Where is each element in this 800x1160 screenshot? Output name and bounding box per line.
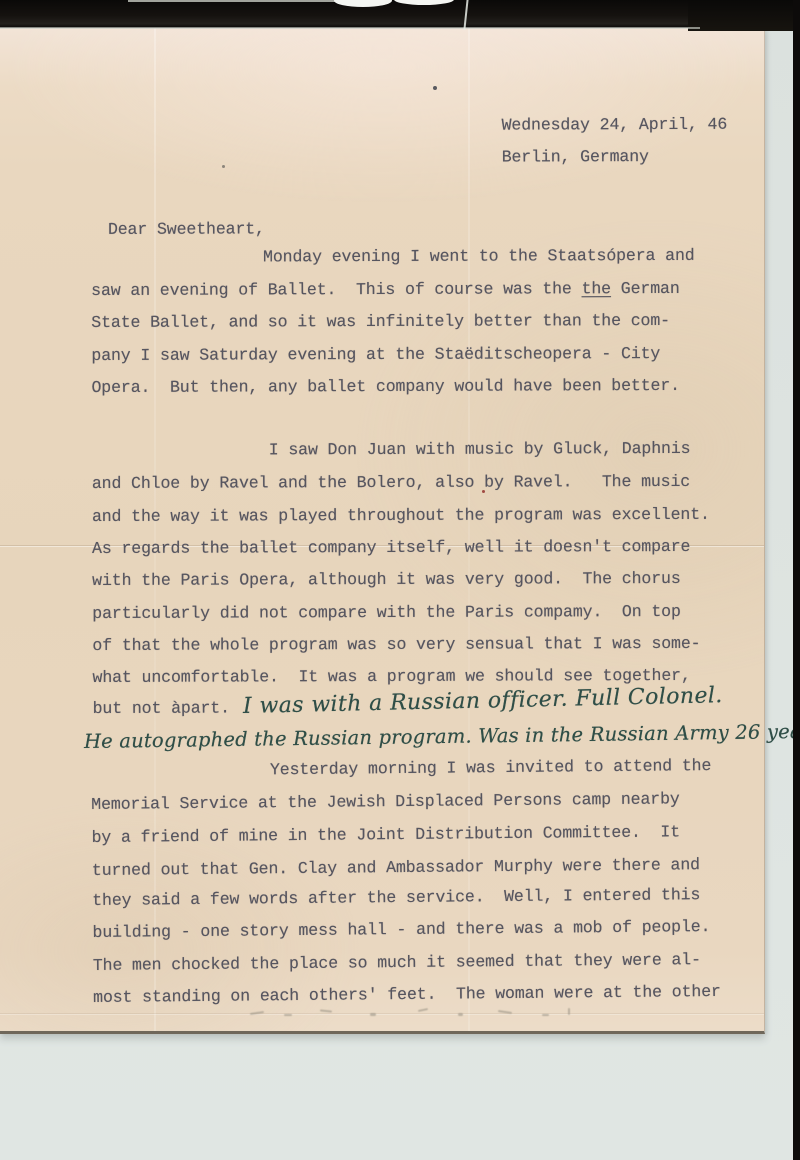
ink-speck (433, 86, 437, 90)
typed-line: by a friend of mine in the Joint Distrib… (91, 824, 680, 846)
typed-line: The men chocked the place so much it see… (93, 952, 701, 974)
typed-line: turned out that Gen. Clay and Ambassador… (92, 857, 700, 879)
red-speck (482, 490, 485, 493)
typed-text-lower: Yesterday morning I was invited to atten… (0, 0, 800, 1160)
scanner-strip-right (793, 0, 800, 1160)
typed-line: most standing on each others' feet. The … (93, 984, 721, 1007)
ink-speck (222, 165, 225, 168)
scanner-top-edge-line (128, 0, 336, 2)
typed-line: Memorial Service at the Jewish Displaced… (91, 791, 680, 813)
scanner-bar-top-right (688, 0, 800, 31)
ink-smudge-marks (250, 1008, 580, 1018)
letter-scan: Wednesday 24, April, 46 Berlin, Germany … (0, 0, 800, 1160)
scanner-edge-highlight (0, 27, 700, 29)
typed-line: building - one story mess hall - and the… (92, 919, 710, 942)
scanner-bar-top (0, 0, 800, 28)
typed-line: Yesterday morning I was invited to atten… (270, 758, 711, 779)
typed-line: they said a few words after the service.… (92, 887, 700, 909)
